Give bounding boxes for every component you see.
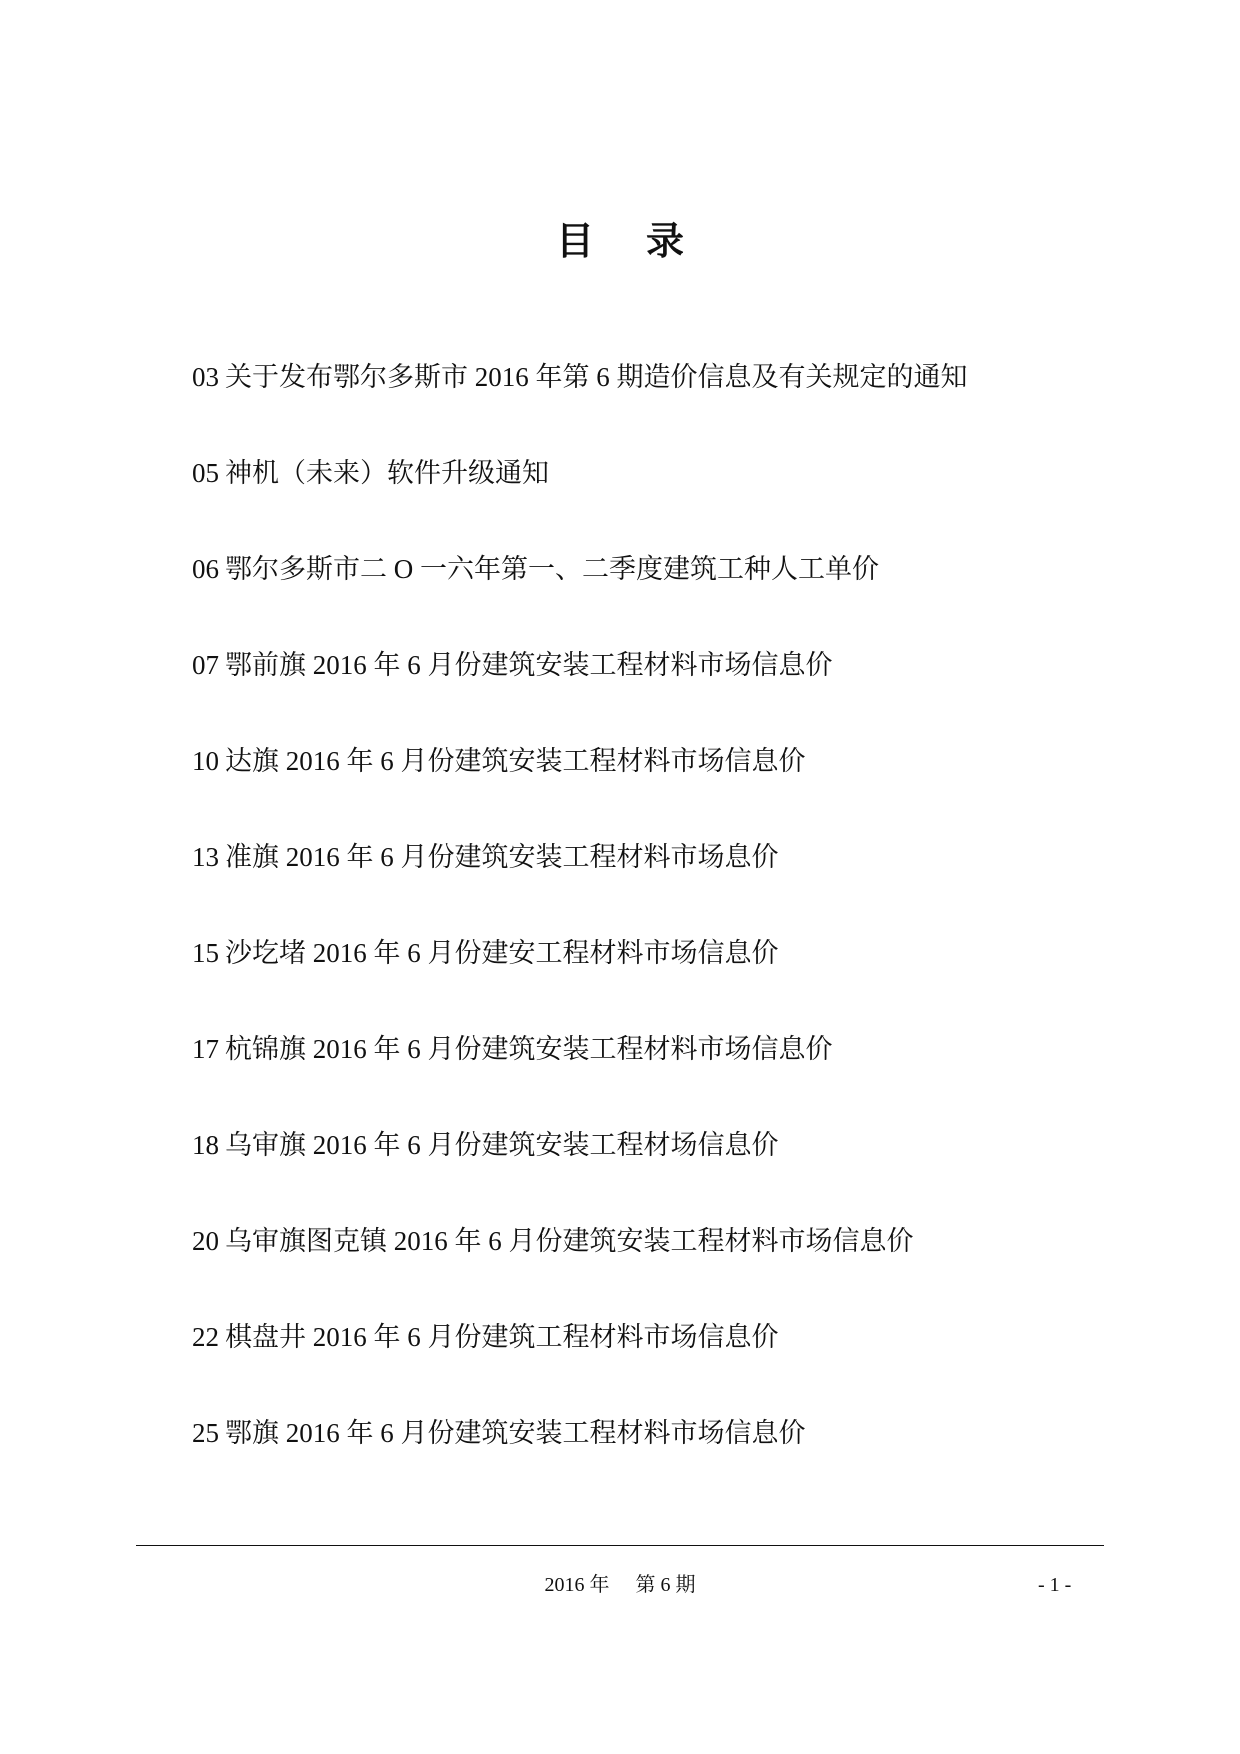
page-number: - 1 -	[1038, 1570, 1071, 1600]
toc-page-number: 25	[192, 1418, 219, 1448]
toc-page-number: 13	[192, 842, 219, 872]
toc-page-number: 15	[192, 938, 219, 968]
toc-page-number: 06	[192, 554, 219, 584]
toc-entry[interactable]: 03关于发布鄂尔多斯市 2016 年第 6 期造价信息及有关规定的通知	[192, 352, 968, 448]
footer-divider	[136, 1545, 1104, 1546]
toc-entry[interactable]: 18乌审旗 2016 年 6 月份建筑安装工程材场信息价	[192, 1120, 968, 1216]
toc-page-number: 20	[192, 1226, 219, 1256]
toc-entry-text: 达旗 2016 年 6 月份建筑安装工程材料市场信息价	[225, 746, 806, 776]
title-char-2: 录	[646, 212, 684, 272]
toc-entry[interactable]: 17杭锦旗 2016 年 6 月份建筑安装工程材料市场信息价	[192, 1024, 968, 1120]
toc-entry-text: 杭锦旗 2016 年 6 月份建筑安装工程材料市场信息价	[225, 1034, 833, 1064]
toc-entry-text: 棋盘井 2016 年 6 月份建筑工程材料市场信息价	[225, 1322, 779, 1352]
toc-entry[interactable]: 20乌审旗图克镇 2016 年 6 月份建筑安装工程材料市场信息价	[192, 1216, 968, 1312]
toc-page-number: 22	[192, 1322, 219, 1352]
footer-year: 2016 年	[545, 1574, 610, 1596]
footer-issue: 第 6 期	[636, 1574, 696, 1596]
toc-entry-text: 鄂旗 2016 年 6 月份建筑安装工程材料市场信息价	[225, 1418, 806, 1448]
toc-page-number: 17	[192, 1034, 219, 1064]
toc-entry-text: 沙圪堵 2016 年 6 月份建安工程材料市场信息价	[225, 938, 779, 968]
toc-entry[interactable]: 15沙圪堵 2016 年 6 月份建安工程材料市场信息价	[192, 928, 968, 1024]
title-char-1: 目	[556, 212, 594, 272]
toc-page-number: 07	[192, 650, 219, 680]
toc-entry-text: 神机（未来）软件升级通知	[225, 458, 549, 488]
toc-entry[interactable]: 07鄂前旗 2016 年 6 月份建筑安装工程材料市场信息价	[192, 640, 968, 736]
toc-entry[interactable]: 22棋盘井 2016 年 6 月份建筑工程材料市场信息价	[192, 1312, 968, 1408]
toc-entry[interactable]: 13准旗 2016 年 6 月份建筑安装工程材料市场息价	[192, 832, 968, 928]
toc-entry-text: 鄂尔多斯市二 O 一六年第一、二季度建筑工种人工单价	[225, 554, 879, 584]
toc-entry[interactable]: 10达旗 2016 年 6 月份建筑安装工程材料市场信息价	[192, 736, 968, 832]
toc-entry-text: 鄂前旗 2016 年 6 月份建筑安装工程材料市场信息价	[225, 650, 833, 680]
toc-entry-text: 乌审旗 2016 年 6 月份建筑安装工程材场信息价	[225, 1130, 779, 1160]
toc-page-number: 18	[192, 1130, 219, 1160]
toc-entry[interactable]: 25鄂旗 2016 年 6 月份建筑安装工程材料市场信息价	[192, 1408, 968, 1504]
toc-page-number: 03	[192, 362, 219, 392]
toc-page-number: 05	[192, 458, 219, 488]
toc-entry[interactable]: 06鄂尔多斯市二 O 一六年第一、二季度建筑工种人工单价	[192, 544, 968, 640]
table-of-contents: 03关于发布鄂尔多斯市 2016 年第 6 期造价信息及有关规定的通知 05神机…	[192, 352, 968, 1504]
toc-entry-text: 关于发布鄂尔多斯市 2016 年第 6 期造价信息及有关规定的通知	[225, 362, 968, 392]
toc-entry-text: 准旗 2016 年 6 月份建筑安装工程材料市场息价	[225, 842, 779, 872]
document-page: 目录 03关于发布鄂尔多斯市 2016 年第 6 期造价信息及有关规定的通知 0…	[0, 0, 1240, 1754]
toc-entry-text: 乌审旗图克镇 2016 年 6 月份建筑安装工程材料市场信息价	[225, 1226, 914, 1256]
toc-entry[interactable]: 05神机（未来）软件升级通知	[192, 448, 968, 544]
page-title: 目录	[0, 212, 1240, 272]
toc-page-number: 10	[192, 746, 219, 776]
